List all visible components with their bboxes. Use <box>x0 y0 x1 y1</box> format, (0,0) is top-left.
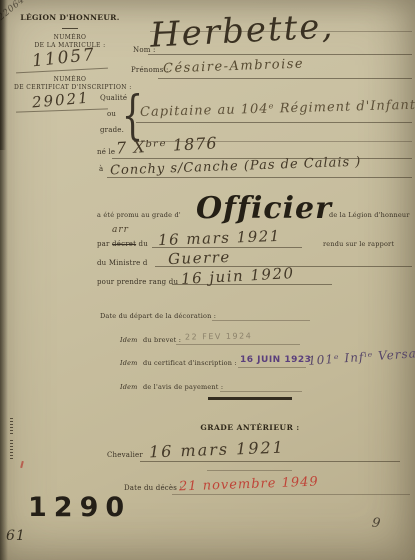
prenoms-underline <box>158 78 412 79</box>
brevet-line <box>176 344 300 345</box>
nom-value: Herbette, <box>149 6 335 56</box>
certificat-underline <box>16 108 108 112</box>
pencil-number-left: 61 <box>6 528 26 544</box>
qualite-label-3: grade. <box>100 126 124 134</box>
ministre-label: du Ministre d <box>97 259 148 267</box>
chevalier-label: Chevalier <box>107 451 143 459</box>
certificat-inscription-label: du certificat d'inscription : <box>143 359 237 367</box>
avis-payement-line <box>220 391 302 392</box>
nom-underline <box>148 54 412 55</box>
legion-honneur-record-card: 22064 LÉGION D'HONNEUR. NUMÉRO DE LA MAT… <box>0 0 415 560</box>
certificat-number: 29021 <box>31 89 90 112</box>
decret-label-struck: décret <box>112 240 136 248</box>
promu-prefix: a été promu au grade d' <box>97 211 181 219</box>
idem-certificat: Idem <box>120 359 138 367</box>
a-underline <box>107 177 412 178</box>
inventory-number-stamp: 1290 <box>28 492 131 523</box>
section-divider-bar <box>208 397 292 400</box>
deces-underline <box>172 494 410 495</box>
chevalier-underline <box>140 461 400 462</box>
scan-left-edge-dark <box>0 0 6 150</box>
ne-le-label: né le <box>97 148 115 156</box>
depart-decoration-label: Date du départ de la décoration : <box>100 312 216 320</box>
certificat-annotation: 101ᵉ Infⁱᵉ Versailles <box>308 344 415 368</box>
pencil-number-right: 9 <box>371 515 382 531</box>
decret-date: 16 mars 1921 <box>158 227 281 249</box>
deces-date: 21 novembre 1949 <box>179 475 319 495</box>
printer-imprint-bottom <box>10 440 13 460</box>
matricule-underline <box>16 68 108 74</box>
decret-label-pre: par <box>97 240 110 248</box>
certificat-date-stamp: 16 JUIN 1923 <box>240 355 311 365</box>
idem-brevet: Idem <box>120 336 138 344</box>
qualite-value: Capitaine au 104ᵉ Régiment d'Infanterie <box>140 97 415 120</box>
ne-le-value: 7 Xᵇʳᵉ 1876 <box>116 133 218 157</box>
deces-label: Date du décès : <box>124 484 182 492</box>
avis-payement-label: de l'avis de payement : <box>143 383 223 391</box>
ministre-value: Guerre <box>168 248 231 268</box>
qualite-label-2: ou <box>107 110 116 118</box>
depart-decoration-line <box>212 320 310 321</box>
prenoms-value: Césaire-Ambroise <box>163 57 305 77</box>
grade-title: Officier <box>196 191 332 226</box>
title-rule <box>62 28 78 29</box>
red-tick-mark <box>20 461 24 468</box>
document-title: LÉGION D'HONNEUR. <box>20 13 120 22</box>
printer-imprint-top <box>10 418 13 434</box>
idem-avis: Idem <box>120 383 138 391</box>
grade-anterieur-title: GRADE ANTÉRIEUR : <box>160 423 340 432</box>
decret-label-post: du <box>139 240 148 248</box>
certificat-line <box>238 367 306 368</box>
qualite-line-1 <box>136 122 412 123</box>
rang-label: pour prendre rang du <box>97 278 178 286</box>
rapport-label: rendu sur le rapport <box>323 240 394 248</box>
promu-suffix: de la Légion d'honneur <box>329 211 410 219</box>
arrete-annotation: arr <box>112 225 129 235</box>
decret-label: par décret du <box>97 240 148 248</box>
certificat-label-line1: NUMÉRO <box>20 76 120 83</box>
a-label: à <box>99 165 103 173</box>
chevalier-date: 16 mars 1921 <box>149 438 285 462</box>
brevet-date-stamp: 22 FEV 1924 <box>185 331 252 341</box>
matricule-label-line1: NUMÉRO <box>20 34 120 41</box>
brevet-label: du brevet : <box>143 336 181 344</box>
chevalier-second-line <box>207 470 292 471</box>
